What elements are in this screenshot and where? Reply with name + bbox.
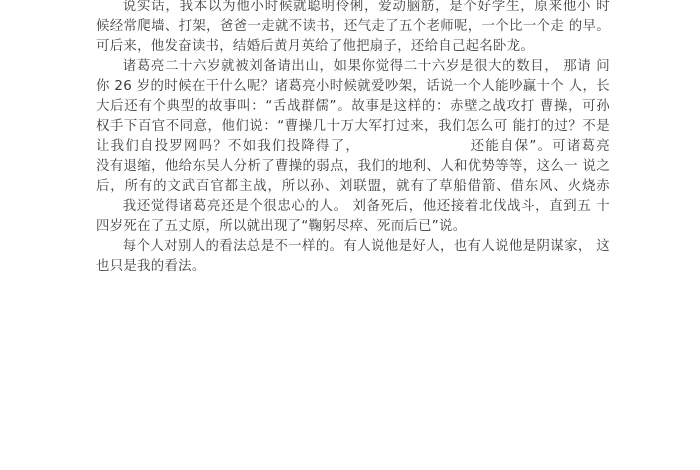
text-line: 可后来，他发奋读书，结婚后黄月英给了他把扇子，还给自己起名卧龙。 <box>96 37 610 57</box>
essay-text-block: 说实话，我本以为他小时候就聪明伶俐，爱动脑筋，是个好学生，原来他小 时候经常爬墙… <box>96 0 610 277</box>
text-line: 没有退缩，他给东吴人分析了曹操的弱点，我们的地利、人和优势等等，这么一 说之 <box>96 157 610 177</box>
text-line: 后，所有的文武百官都主战，所以孙、刘联盟，就有了草船借箭、借东风、火烧赤壁。 <box>96 177 610 197</box>
text-line: 你 26 岁的时候在干什么呢？诸葛亮小时候就爱吵架，话说一个人能吵赢十个 人，长 <box>96 77 610 97</box>
document-page: 说实话，我本以为他小时候就聪明伶俐，爱动脑筋，是个好学生，原来他小 时候经常爬墙… <box>0 0 700 470</box>
text-line: 诸葛亮二十六岁就被刘备请出山，如果你觉得二十六岁是很大的数目， 那请 问 <box>96 57 610 77</box>
text-line: 四岁死在了五丈原，所以就出现了“鞠躬尽瘁、死而后已”说。 <box>96 217 610 237</box>
text-line: 让我们自投罗网吗？不如我们投降得了， 还能自保”。可诸葛亮 <box>96 137 610 157</box>
text-line: 权手下百官不同意，他们说：“曹操几十万大军打过来，我们怎么可 能打的过？不是 <box>96 117 610 137</box>
text-line: 候经常爬墙、打架，爸爸一走就不读书，还气走了五个老师呢，一个比一个走 的早。 <box>96 17 610 37</box>
text-line: 也只是我的看法。 <box>96 257 610 277</box>
text-line: 大后还有个典型的故事叫：“舌战群儒”。故事是这样的：赤壁之战攻打 曹操，可孙 <box>96 97 610 117</box>
text-line: 我还觉得诸葛亮还是个很忠心的人。 刘备死后，他还接着北伐战斗，直到五 十 <box>96 197 610 217</box>
text-line: 每个人对别人的看法总是不一样的。有人说他是好人，也有人说他是阴谋家， 这 <box>96 237 610 257</box>
text-line: 说实话，我本以为他小时候就聪明伶俐，爱动脑筋，是个好学生，原来他小 时 <box>96 0 610 17</box>
